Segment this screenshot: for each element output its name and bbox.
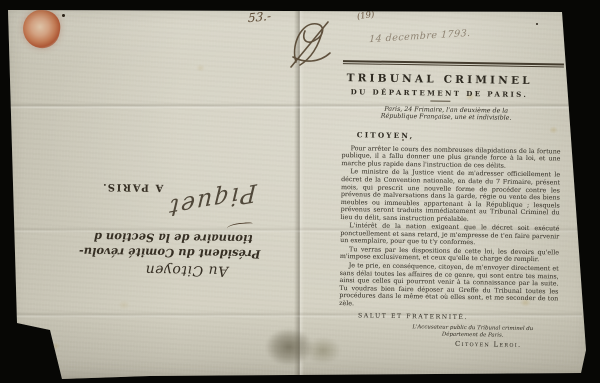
wax-seal bbox=[20, 7, 62, 50]
body-paragraph: Pour arrêter le cours des nombreuses dil… bbox=[341, 145, 560, 171]
address-city: A PARIS. bbox=[70, 181, 163, 193]
printed-circular: TRIBUNAL CRIMINEL DU DÉPARTEMENT DE PARI… bbox=[334, 60, 568, 350]
ink-speck bbox=[62, 14, 65, 17]
attribution: L'Accusateur public du Tribunal criminel… bbox=[412, 324, 534, 339]
address-line-text: tionnaire de la Section d bbox=[94, 230, 253, 246]
ink-paraph-flourish bbox=[288, 18, 334, 68]
body-paragraph: L'intérêt de la nation exigeant que le d… bbox=[340, 222, 559, 248]
address-line: Président du Comité révolu- bbox=[69, 245, 260, 262]
body-paragraph: Je te prie, en conséquence, citoyen, de … bbox=[339, 262, 559, 311]
body-paragraph: Le ministre de la Justice vient de m'adr… bbox=[340, 169, 560, 225]
masthead-double-rule bbox=[343, 60, 564, 69]
masthead-subtitle: DU DÉPARTEMENT DE PARIS. bbox=[337, 87, 567, 100]
handwritten-blank-stroke bbox=[227, 222, 254, 232]
masthead-title: TRIBUNAL CRIMINEL bbox=[338, 72, 568, 88]
address-line: tionnaire de la Section d bbox=[70, 216, 253, 247]
foxing-spot bbox=[52, 342, 60, 350]
photo-stage: 53.- (19) 14 decembre 1793. Au Citoyen P… bbox=[0, 0, 600, 383]
letter-body: Pour arrêter le cours des nombreuses dil… bbox=[339, 145, 561, 311]
foxing-spot bbox=[196, 64, 205, 72]
date-note: 14 decembre 1793. bbox=[369, 28, 471, 45]
filing-number-note: 53.- bbox=[248, 9, 272, 26]
signature: Citoyen Leroi. bbox=[334, 338, 522, 349]
page-number-note: (19) bbox=[356, 10, 375, 22]
ink-speck bbox=[536, 23, 538, 25]
address-panel: Au Citoyen Président du Comité révolu- t… bbox=[69, 151, 276, 280]
document-sheet: 53.- (19) 14 decembre 1793. Au Citoyen P… bbox=[0, 0, 600, 383]
address-line: Au Citoyen bbox=[69, 261, 228, 279]
masthead-short-rule bbox=[430, 100, 450, 101]
closing-salute: SALUT ET FRATERNITÉ. bbox=[358, 313, 564, 323]
foxing-spot bbox=[118, 300, 130, 310]
salutation: CITOYEN, bbox=[357, 130, 567, 142]
handwritten-name: Piquet bbox=[166, 178, 257, 223]
dateline: Paris, 24 Frimaire, l'an deuxième de la … bbox=[337, 105, 567, 123]
